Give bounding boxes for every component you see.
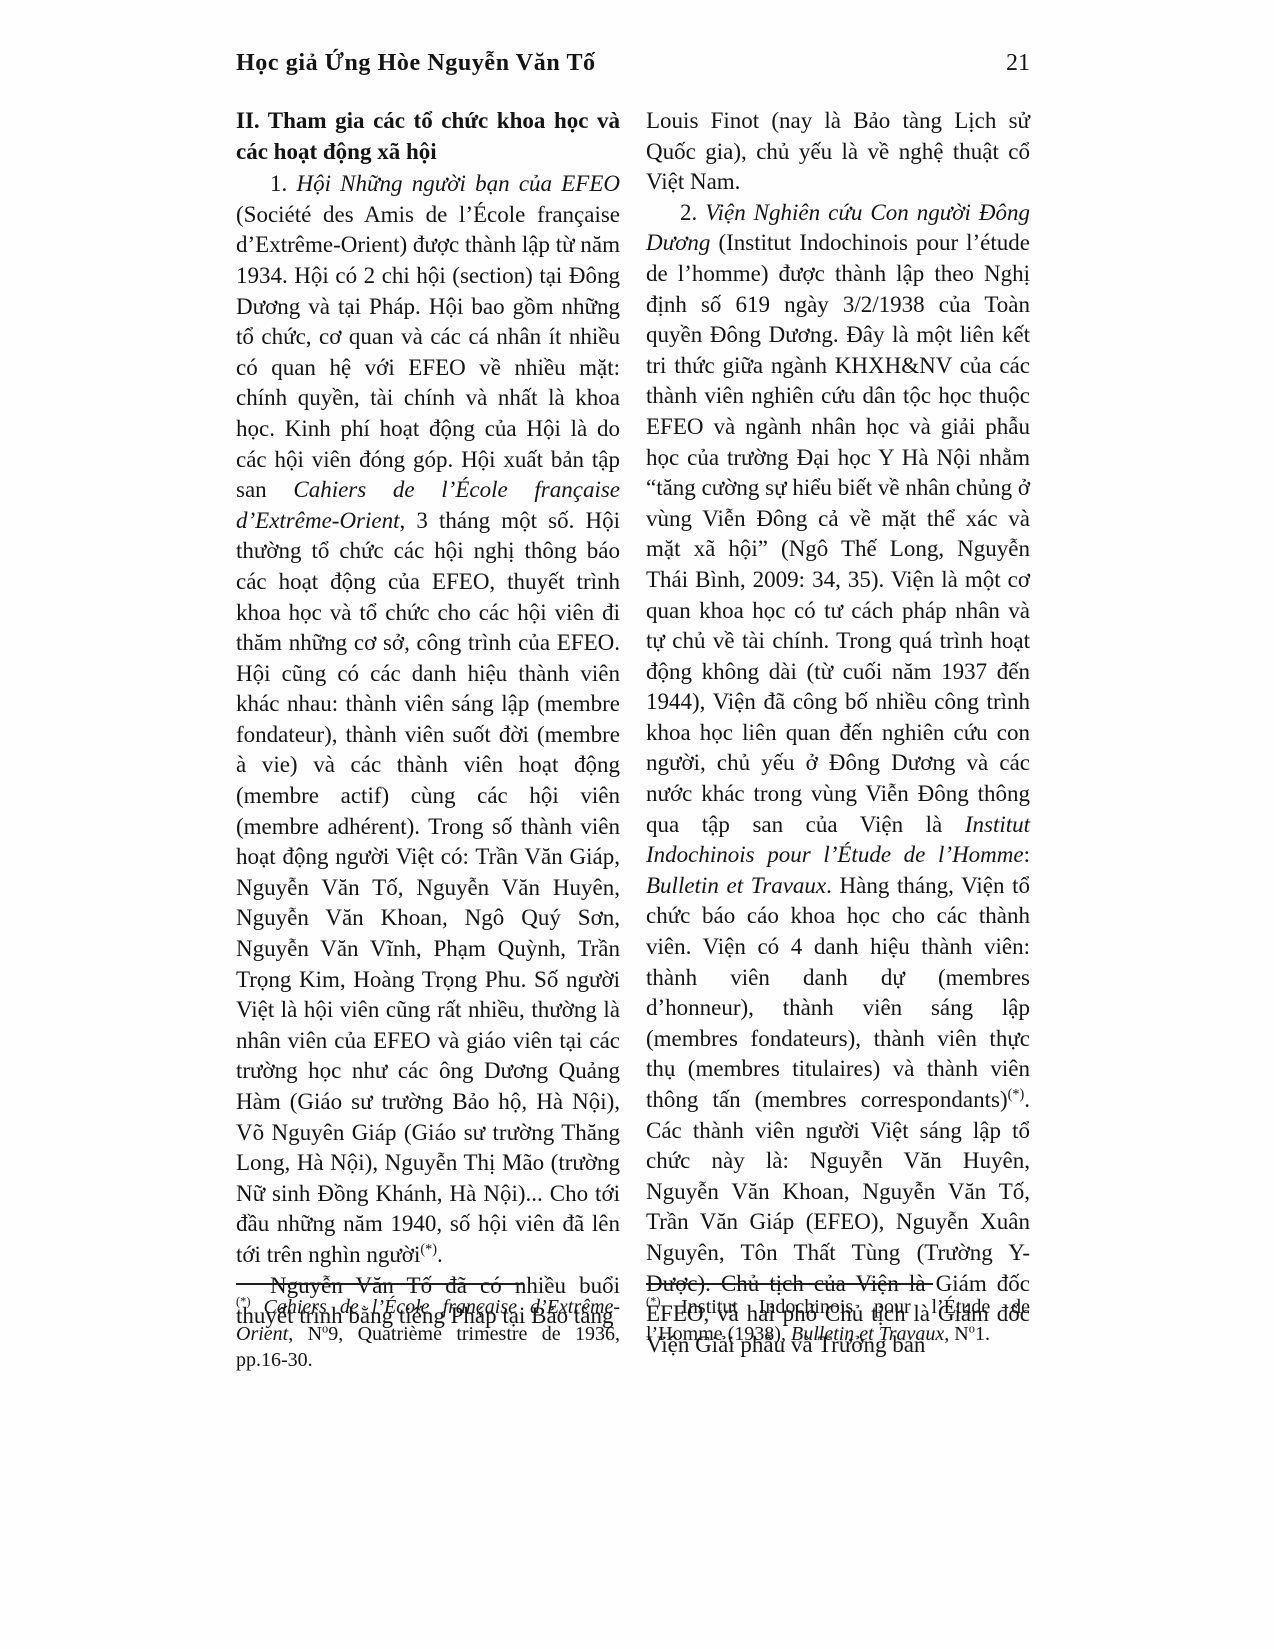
footnote-divider (646, 1283, 933, 1285)
section-heading: II. Tham gia các tổ chức khoa học và các… (236, 106, 620, 167)
right-footnote: (*) Institut Indochinois pour l’Étude de… (646, 1283, 1030, 1347)
right-footnote-text: (*) Institut Indochinois pour l’Étude de… (646, 1294, 1030, 1347)
document-page: Học giả Ứng Hòe Nguyễn Văn Tố 21 II. Tha… (0, 0, 1274, 1649)
left-column: II. Tham gia các tổ chức khoa học và các… (236, 106, 620, 1360)
right-paragraph-2: 2. Viện Nghiên cứu Con người Đông Dương … (646, 198, 1030, 1361)
right-paragraph-1: Louis Finot (nay là Bảo tàng Lịch sử Quố… (646, 106, 1030, 198)
right-column: Louis Finot (nay là Bảo tàng Lịch sử Quố… (646, 106, 1030, 1360)
running-header-title: Học giả Ứng Hòe Nguyễn Văn Tố (236, 50, 596, 77)
left-footnote-text: (*) Cahiers de l’École française d’Extrê… (236, 1294, 620, 1374)
left-footnote: (*) Cahiers de l’École française d’Extrê… (236, 1283, 620, 1374)
text-columns: II. Tham gia các tổ chức khoa học và các… (236, 106, 1030, 1360)
running-header: Học giả Ứng Hòe Nguyễn Văn Tố 21 (236, 50, 1030, 77)
footnote-divider (236, 1283, 523, 1285)
left-paragraph-1: 1. Hội Những người bạn của EFEO (Société… (236, 169, 620, 1270)
page-number: 21 (1006, 50, 1030, 77)
